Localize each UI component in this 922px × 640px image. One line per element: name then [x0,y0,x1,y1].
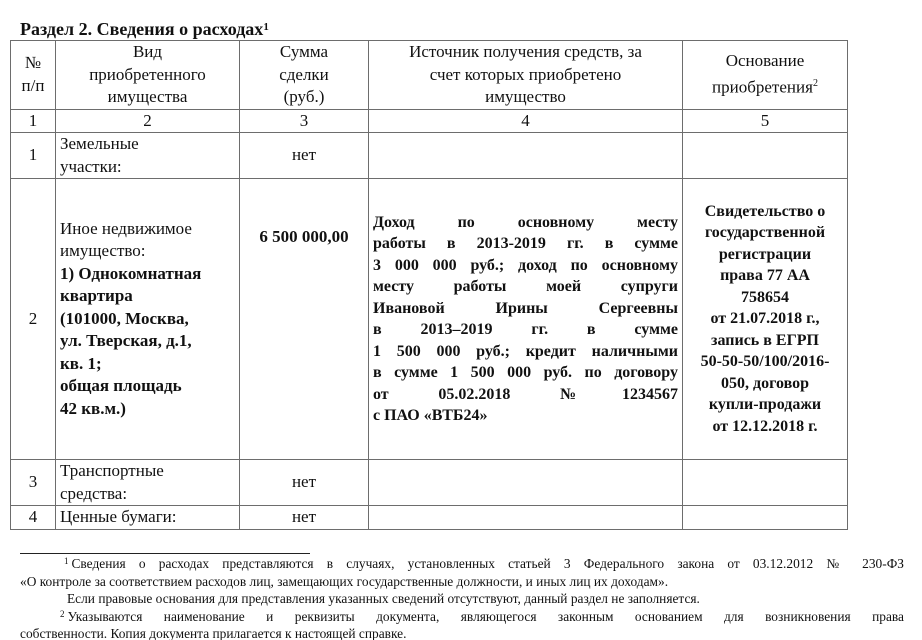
acquisition-basis [683,506,848,530]
table-row: 2 Иное недвижимое имущество: 1) Однокомн… [11,179,848,460]
row-number: 3 [11,460,56,506]
row-number: 1 [11,133,56,179]
funds-source [369,133,683,179]
footnotes: 1Сведения о расходах представляются в сл… [20,555,904,640]
property-type: Транспортные средства: [56,460,240,506]
deal-sum: нет [240,506,369,530]
header-property-type: Вид приобретенного имущества [56,41,240,110]
funds-source: Доход по основному месту работы в 2013-2… [369,179,683,460]
table-row: 1 Земельные участки: нет [11,133,848,179]
footnote-2-cont: собственности. Копия документа прилагает… [20,625,904,640]
property-type: Иное недвижимое имущество: 1) Однокомнат… [56,179,240,460]
acquisition-basis [683,133,848,179]
footnote-ref-2[interactable]: 2 [813,78,818,89]
header-acquisition-basis: Основание приобретения2 [683,41,848,110]
row-number: 4 [11,506,56,530]
footnote-separator [20,553,310,554]
column-numbers-row: 1 2 3 4 5 [11,109,848,133]
expenses-table: № п/п Вид приобретенного имущества Сумма… [10,40,848,530]
header-number: № п/п [11,41,56,110]
footnote-2: 2Указываются наименование и реквизиты до… [20,608,904,626]
footnote-1: 1Сведения о расходах представляются в сл… [20,555,904,573]
deal-sum: нет [240,460,369,506]
property-type: Земельные участки: [56,133,240,179]
footnote-1-cont: «О контроле за соответствием расходов ли… [20,573,904,591]
header-funds-source: Источник получения средств, за счет кото… [369,41,683,110]
footnote-1-note: Если правовые основания для представлени… [20,590,904,608]
column-number: 1 [11,109,56,133]
deal-sum: 6 500 000,00 [240,179,369,460]
section-title-text: Раздел 2. Сведения о расходах [20,19,263,39]
row-number: 2 [11,179,56,460]
table-row: 4 Ценные бумаги: нет [11,506,848,530]
funds-source [369,506,683,530]
property-type: Ценные бумаги: [56,506,240,530]
column-number: 4 [369,109,683,133]
footnote-ref-1[interactable]: 1 [263,21,269,33]
table-row: 3 Транспортные средства: нет [11,460,848,506]
funds-source [369,460,683,506]
column-number: 5 [683,109,848,133]
acquisition-basis: Свидетельство о государственной регистра… [683,179,848,460]
acquisition-basis [683,460,848,506]
header-deal-sum: Сумма сделки (руб.) [240,41,369,110]
section-title: Раздел 2. Сведения о расходах1 [20,18,269,40]
column-number: 3 [240,109,369,133]
deal-sum: нет [240,133,369,179]
column-number: 2 [56,109,240,133]
table-header-row: № п/п Вид приобретенного имущества Сумма… [11,41,848,110]
